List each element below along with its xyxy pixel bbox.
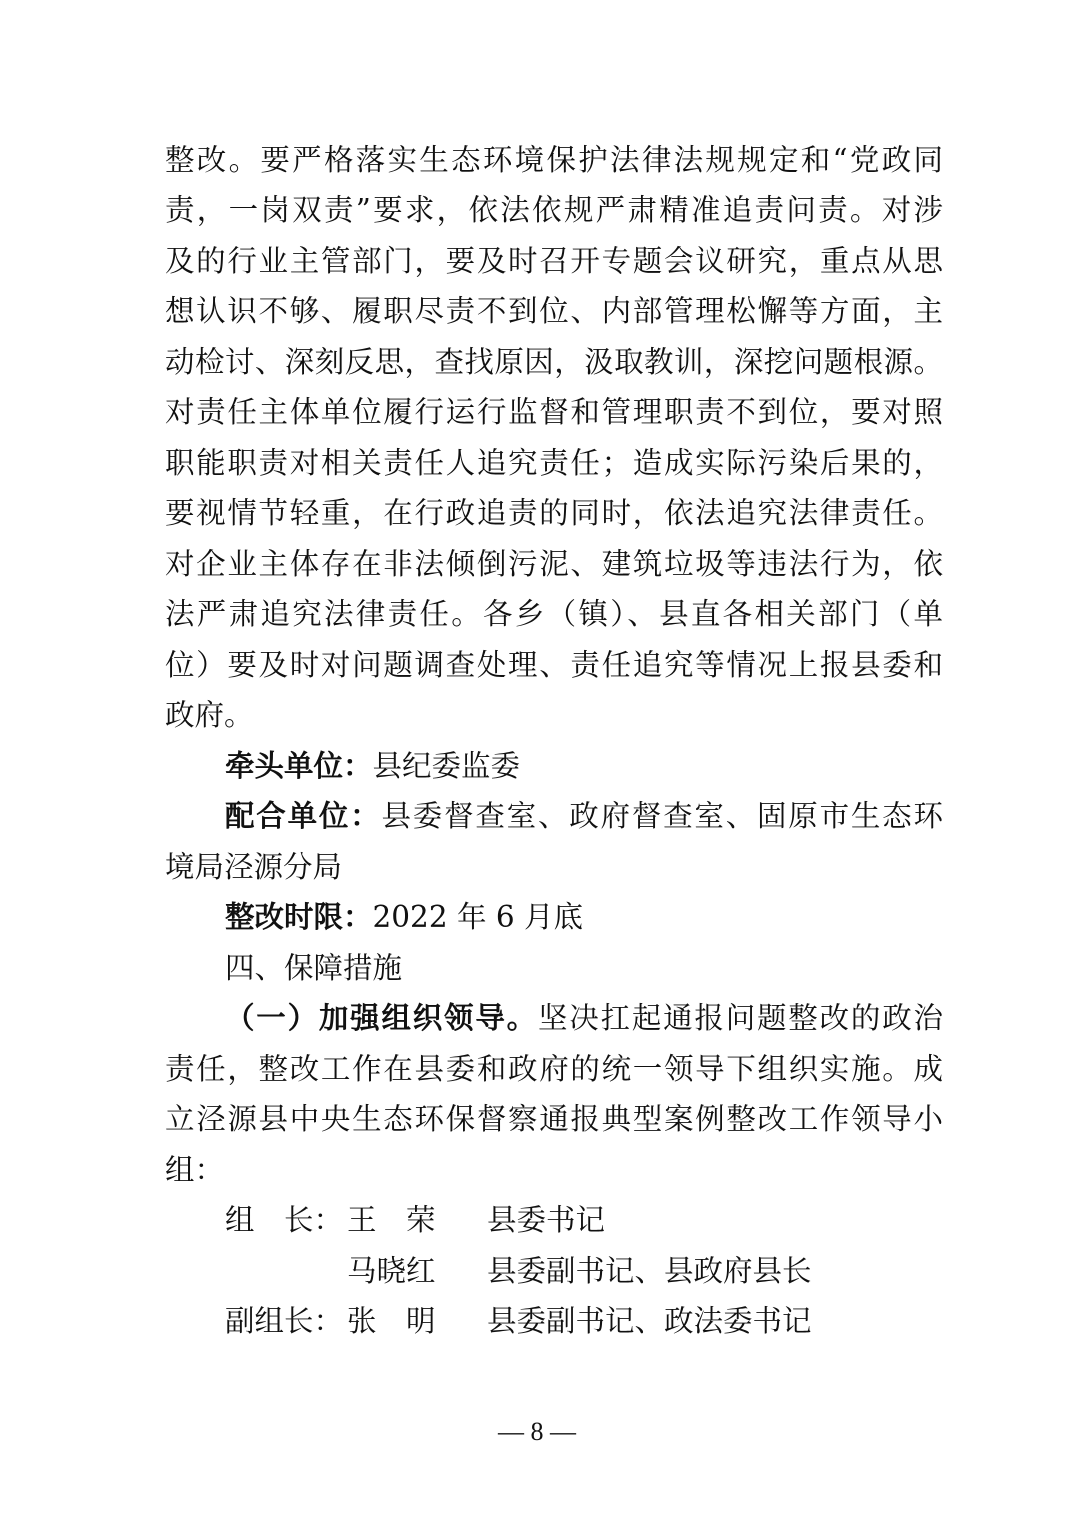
paragraph-line: 立泾源县中央生态环保督察通报典型案例整改工作领导小	[165, 1099, 943, 1139]
paragraph-line: 组：	[165, 1150, 943, 1190]
lead-unit-label: 牵头单位：	[225, 748, 373, 783]
deadline-value: 2022 年 6 月底	[373, 900, 583, 934]
coop-unit-value: 县委督查室、政府督查室、固原市生态环	[381, 799, 943, 833]
member-role: 组 长：	[225, 1200, 345, 1240]
deadline-line: 整改时限：2022 年 6 月底	[225, 897, 943, 937]
member-title: 县委副书记、县政府县长	[487, 1251, 812, 1291]
paragraph-line: 对责任主体单位履行运行监督和管理职责不到位，要对照	[165, 392, 943, 432]
member-title: 县委副书记、政法委书记	[487, 1301, 812, 1341]
coop-unit-continuation: 境局泾源分局	[165, 847, 943, 887]
coop-unit-label: 配合单位：	[225, 798, 381, 833]
member-title: 县委书记	[487, 1200, 605, 1240]
subsection-heading: （一）加强组织领导。	[225, 1000, 538, 1035]
coop-unit-line: 配合单位：县委督查室、政府督查室、固原市生态环	[225, 796, 943, 836]
paragraph-line: 想认识不够、履职尽责不到位、内部管理松懈等方面，主	[165, 291, 943, 331]
member-name: 张 明	[347, 1301, 447, 1341]
document-page: 整改。要严格落实生态环境保护法律法规规定和“党政同 责，一岗双责”要求，依法依规…	[0, 0, 1074, 1520]
paragraph-line: 动检讨、深刻反思，查找原因，汲取教训，深挖问题根源。	[165, 342, 943, 382]
paragraph-line: 位）要及时对问题调查处理、责任追究等情况上报县委和	[165, 645, 943, 685]
lead-unit-line: 牵头单位：县纪委监委	[225, 746, 943, 786]
paragraph-line: 对企业主体存在非法倾倒污泥、建筑垃圾等违法行为，依	[165, 544, 943, 584]
paragraph-line: 整改。要严格落实生态环境保护法律法规规定和“党政同	[165, 140, 943, 180]
member-name: 马晓红	[347, 1251, 447, 1291]
member-name: 王 荣	[347, 1200, 447, 1240]
deadline-label: 整改时限：	[225, 899, 373, 934]
paragraph-line: 政府。	[165, 695, 943, 735]
paragraph-line: 责任，整改工作在县委和政府的统一领导下组织实施。成	[165, 1049, 943, 1089]
section-heading: 四、保障措施	[225, 948, 943, 988]
subsection-first-line: （一）加强组织领导。坚决扛起通报问题整改的政治	[225, 998, 943, 1038]
lead-unit-value: 县纪委监委	[373, 749, 521, 783]
paragraph-line: 职能职责对相关责任人追究责任；造成实际污染后果的，	[165, 443, 943, 483]
subsection-text: 坚决扛起通报问题整改的政治	[538, 1001, 943, 1035]
paragraph-line: 责，一岗双责”要求，依法依规严肃精准追责问责。对涉	[165, 190, 943, 230]
member-role: 副组长：	[225, 1301, 345, 1341]
paragraph-line: 及的行业主管部门，要及时召开专题会议研究，重点从思	[165, 241, 943, 281]
paragraph-line: 法严肃追究法律责任。各乡（镇）、县直各相关部门（单	[165, 594, 943, 634]
paragraph-line: 要视情节轻重，在行政追责的同时，依法追究法律责任。	[165, 493, 943, 533]
page-number: — 8 —	[0, 1417, 1074, 1447]
